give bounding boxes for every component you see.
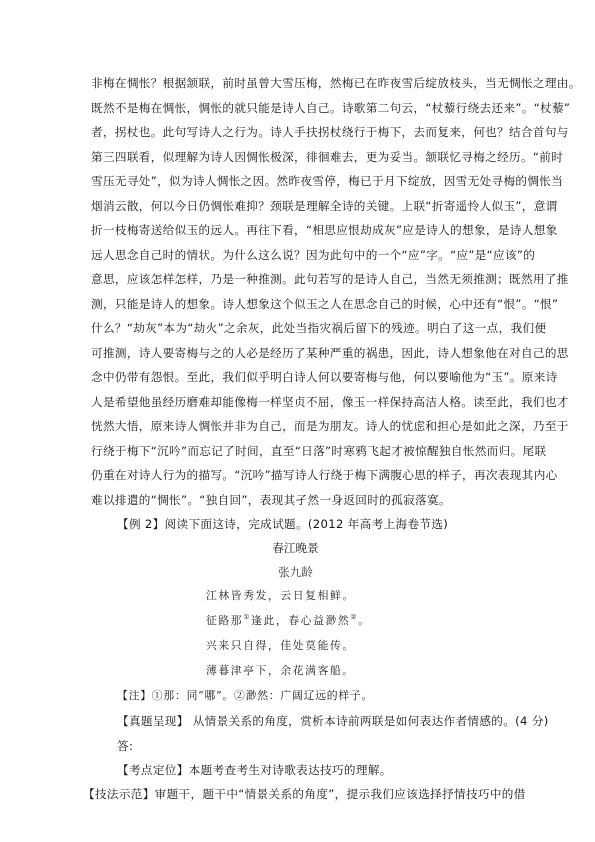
poem-text: 征路那 (206, 614, 243, 627)
body-line: 雪压无寻处”，似为诗人惆怅之因。然昨夜雪停，梅已于月下绽放，因雪无处寻梅的惆怅当 (91, 173, 515, 189)
body-line: 难以排遣的“惆怅”。“独自回”，表现其孑然一身返回时的孤寂落寞。 (91, 492, 515, 508)
body-line: 测，只能是诗人的想象。诗人想象这个似玉之人在思念自己的时候，心中还有“恨”。“恨… (91, 296, 515, 312)
body-line: 折一枝梅寄送给似玉的远人。再往下看，“相思应恨劫成灰”应是诗人的想象，是诗人想象 (91, 222, 515, 238)
poem-line: 兴来只自得，佳处莫能传。 (206, 638, 355, 654)
body-line: 念中仍带有怨恨。至此，我们似乎明白诗人何以要寄梅与他，何以要喻他为“玉”。原来诗 (91, 369, 515, 385)
document-page: 非梅在惆怅？根据颔联，前时虽曾大雪压梅，然梅已在昨夜雪后绽放枝头，当无惆怅之理由… (0, 0, 595, 842)
example-heading: 【例 2】阅读下面这诗，完成试题。(2012 年高考上海卷节选) (117, 516, 515, 532)
body-line: 什么？“劫灰”本为“劫火”之余灰，此处当指灾祸后留下的残迹。明白了这一点，我们便 (91, 320, 515, 336)
body-line: 仍重在对诗人行为的描写。“沉吟”描写诗人行绕于梅下满腹心思的样子，再次表现其内心 (91, 467, 515, 483)
body-line: 者，拐杖也。此句写诗人之行为。诗人手扶拐杖绕行于梅下，去而复来，何也？结合首句与 (91, 124, 515, 140)
poem-line: 薄暮津亭下，余花满客船。 (206, 663, 355, 679)
footnote-line: 【注】①那：同“哪”。②渺然：广阔辽远的样子。 (117, 688, 515, 704)
body-line: 恍然大悟，原来诗人惆怅并非为自己，而是为朋友。诗人的忧虑和担心是如此之深，乃至于 (91, 418, 515, 434)
poem-title: 春江晚景 (0, 540, 593, 556)
body-line: 人是希望他虽经历磨难却能像梅一样坚贞不屈，像玉一样保持高洁人格。读至此，我们也才 (91, 394, 515, 410)
poem-line: 江林皆秀发，云日复相鲜。 (206, 588, 355, 604)
body-line: 既然不是梅在惆怅，惆怅的就只能是诗人自己。诗歌第二句云，“杖藜行绕去还来”。“杖… (91, 100, 515, 116)
body-line: 非梅在惆怅？根据颔联，前时虽曾大雪压梅，然梅已在昨夜雪后绽放枝头，当无惆怅之理由… (91, 75, 515, 91)
footnote-marker: ② (350, 613, 358, 621)
body-line: 意思，应该怎样怎样，乃是一种推测。此句若写的是诗人自己，当然无须推测；既然用了推 (91, 271, 515, 287)
body-line: 第三四联看，似理解为诗人因惆怅极深，徘徊难去，更为妥当。颔联忆寻梅之经历。“前时 (91, 149, 515, 165)
body-line: 远人思念自己时的情状。为什么这么说？因为此句中的一个“应”字。“应”是“应该”的 (91, 247, 515, 263)
poem-line: 征路那①逢此，春心益渺然②。 (206, 613, 371, 629)
answer-label: 答: (117, 738, 515, 754)
footnote-marker: ① (243, 613, 251, 621)
body-line: 可推测，诗人要寄梅与之的人必是经历了某种严重的祸患，因此，诗人想象他在对自己的思 (91, 345, 515, 361)
exam-point-line: 【考点定位】本题考查考生对诗歌表达技巧的理解。 (117, 762, 515, 778)
poem-text: 逢此，春心益渺然 (251, 614, 350, 627)
question-line: 【真题呈现】 从情景关系的角度，赏析本诗前两联是如何表达作者情感的。(4 分) (117, 713, 515, 729)
technique-line: 【技法示范】审题干，题干中“情景关系的角度”，提示我们应该选择抒情技巧中的借 (83, 786, 513, 802)
body-line: 行绕于梅下“沉吟”而忘记了时间，直至“日落”时寒鸦飞起才被惊醒独自怅然而归。尾联 (91, 443, 515, 459)
poem-author: 张九龄 (0, 564, 593, 580)
body-line: 烟消云散，何以今日仍惆怅难抑？颈联是理解全诗的关键。上联“折寄遥怜人似玉”，意谓 (91, 198, 515, 214)
poem-text: 。 (358, 614, 370, 627)
